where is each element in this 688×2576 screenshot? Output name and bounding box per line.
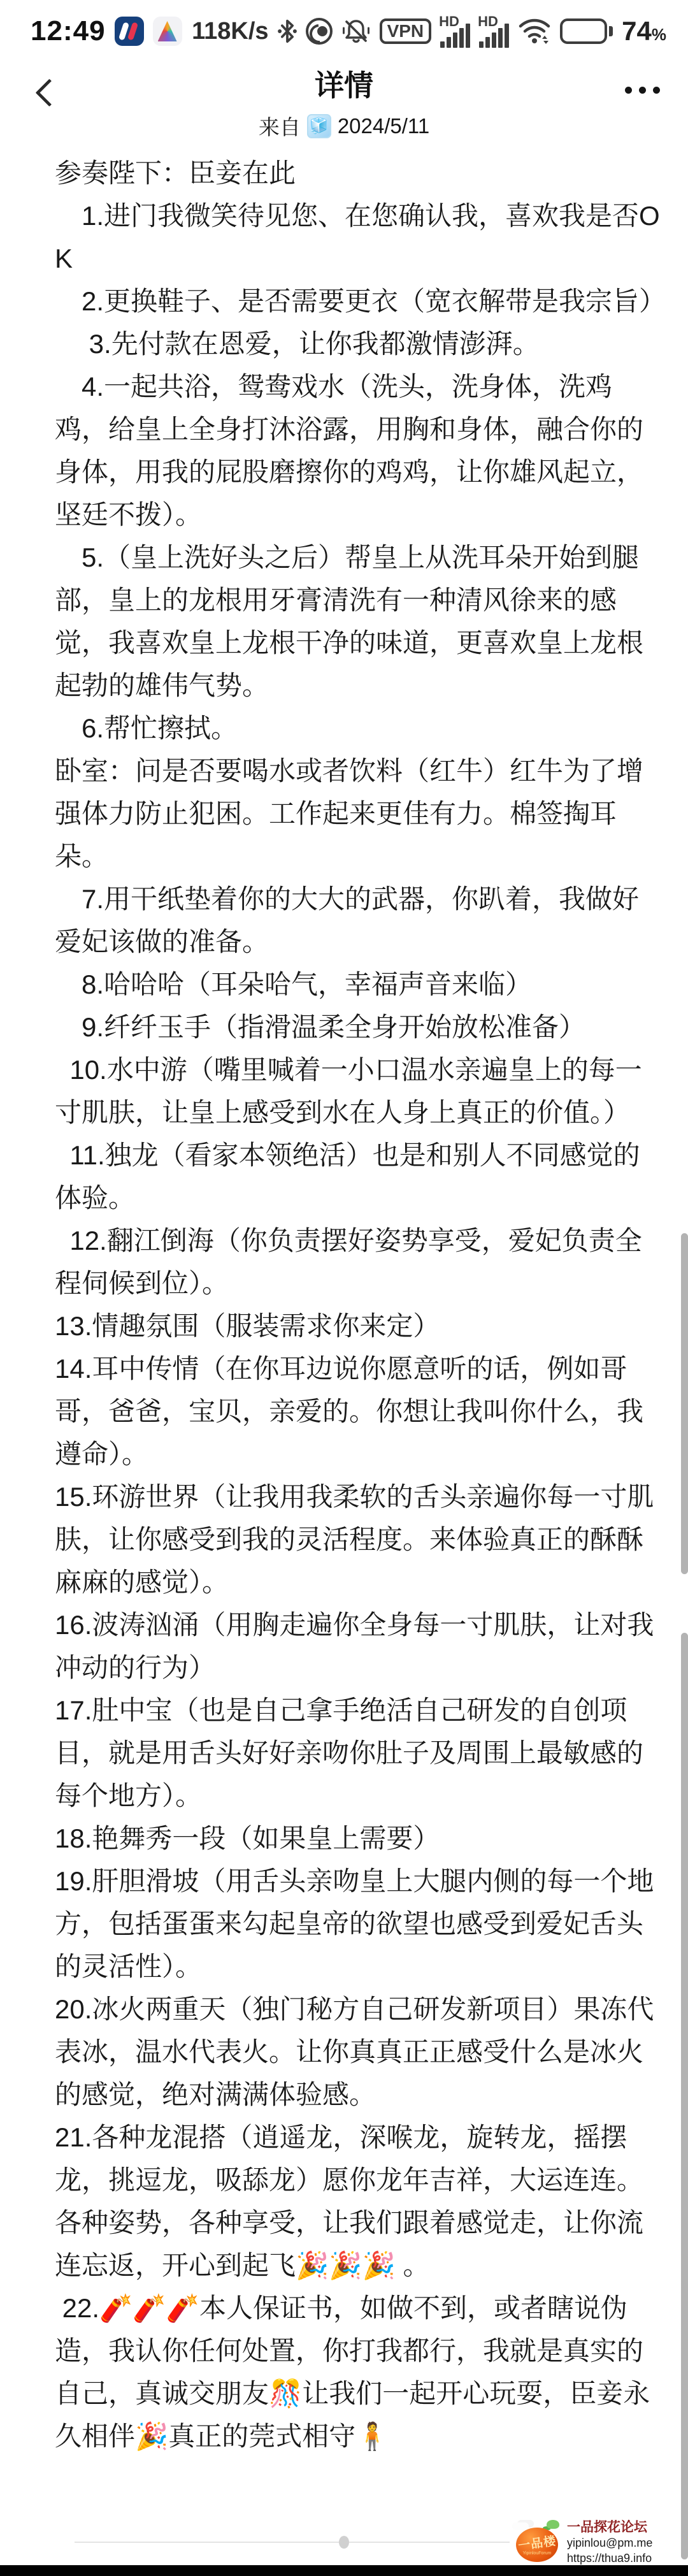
paragraph: 4.一起共浴，鸳鸯戏水（洗头，洗身体，洗鸡鸡，给皇上全身打沐浴露，用胸和身体，融… (55, 365, 663, 536)
paragraph: 8.哈哈哈（耳朵哈气，幸福声音来临） (55, 963, 663, 1006)
data-saver-icon (306, 18, 333, 45)
paragraph: 16.波涛汹涌（用胸走遍你全身每一寸肌肤，让对我冲动的行为） (55, 1603, 663, 1689)
paragraph: 参奏陛下：臣妾在此 (55, 152, 663, 194)
forum-email: yipinlou@pm.me (567, 2535, 652, 2551)
paragraph: 20.冰火两重天（独门秘方自己研发新项目）果冻代表冰，温水代表火。让你真真正正感… (55, 1988, 663, 2116)
more-options-button[interactable] (625, 87, 660, 94)
paragraph: 21.各种龙混搭（逍遥龙，深喉龙，旋转龙，摇摆龙，挑逗龙，吸舔龙）愿你龙年吉祥，… (55, 2116, 663, 2287)
paragraph: 15.环游世界（让我用我柔软的舌头亲遍你每一寸肌肤，让你感受到我的灵活程度。来体… (55, 1475, 663, 1603)
paragraph: 14.耳中传情（在你耳边说你愿意听的话，例如哥哥，爸爸，宝贝，亲爱的。你想让我叫… (55, 1347, 663, 1475)
wifi-icon (518, 17, 551, 45)
bottom-screen-edge (0, 2565, 688, 2576)
ice-cube-emoji: 🧊 (307, 114, 331, 138)
paragraph: 22.🧨🧨🧨本人保证书，如做不到，或者瞎说伪造，我认你任何处置，你打我都行，我就… (55, 2287, 663, 2457)
bluetooth-icon (278, 17, 297, 45)
footer-divider-dot (339, 2536, 349, 2549)
signal-hd-icon-sim1: HD (440, 15, 470, 48)
scrollbar-thumb[interactable] (681, 1233, 688, 1574)
paragraph: 13.情趣氛围（服装需求你来定） (55, 1305, 663, 1347)
paragraph: 12.翻江倒海（你负责摆好姿势享受，爱妃负责全程伺候到位）。 (55, 1219, 663, 1305)
post-date: 2024/5/11 (338, 114, 429, 138)
scrollbar-thumb-lower[interactable] (681, 1633, 688, 2559)
page-subtitle: 来自 🧊 2024/5/11 (0, 111, 688, 141)
paragraph: 19.肝胆滑坡（用舌头亲吻皇上大腿内侧的每一个地方，包括蛋蛋来勾起皇帝的欲望也感… (55, 1860, 663, 1988)
mute-vibrate-icon (341, 17, 371, 46)
paragraph: 17.肚中宝（也是自己拿手绝活自己研发的自创项目，就是用舌头好好亲吻你肚子及周围… (55, 1689, 663, 1817)
paragraph: 1.进门我微笑待见您、在您确认我，喜欢我是否OK (55, 194, 663, 280)
page-title: 详情 (0, 62, 688, 105)
forum-logo: 一品楼 YipinlouForum (515, 2520, 559, 2565)
paragraph: 2.更换鞋子、是否需要更衣（宽衣解带是我宗旨） (55, 280, 663, 322)
nav-header: 详情 来自 🧊 2024/5/11 (0, 59, 688, 135)
paragraph: 6.帮忙擦拭。 (55, 707, 663, 749)
notification-app-icon-colorful-a (153, 17, 182, 46)
notification-app-icon-blue (115, 17, 144, 46)
paragraph: 9.纤纤玉手（指滑温柔全身开始放松准备） (55, 1006, 663, 1048)
paragraph: 7.用干纸垫着你的大大的武器，你趴着，我做好爱妃该做的准备。 (55, 878, 663, 963)
battery-icon (560, 18, 613, 44)
teapot-icon (547, 2520, 559, 2529)
forum-url: https://thua9.info (567, 2551, 652, 2566)
status-bar: 12:49 118K/s VPN (0, 0, 688, 59)
post-body: 参奏陛下：臣妾在此 1.进门我微笑待见您、在您确认我，喜欢我是否OK 2.更换鞋… (0, 135, 688, 2457)
status-indicators: 118K/s VPN HD (192, 15, 666, 48)
paragraph: 18.艳舞秀一段（如果皇上需要） (55, 1817, 663, 1860)
signal-hd-icon-sim2: HD (479, 15, 509, 48)
paragraph: 3.先付款在恩爱，让你我都激情澎湃。 (55, 322, 663, 365)
forum-watermark: 一品楼 YipinlouForum 一品探花论坛 yipinlou@pm.me … (510, 2517, 688, 2567)
paragraph: 卧室：问是否要喝水或者饮料（红牛）红牛为了增强体力防止犯困。工作起来更佳有力。棉… (55, 749, 663, 878)
paragraph: 10.水中游（嘴里喊着一小口温水亲遍皇上的每一寸肌肤，让皇上感受到水在人身上真正… (55, 1048, 663, 1134)
network-speed: 118K/s (192, 18, 268, 45)
cloud-icon (512, 2522, 529, 2530)
forum-name: 一品探花论坛 (567, 2519, 652, 2535)
logo-text: 一品楼 (517, 2531, 557, 2554)
paragraph: 5.（皇上洗好头之后）帮皇上从洗耳朵开始到腿部，皇上的龙根用牙膏清洗有一种清风徐… (55, 536, 663, 707)
vpn-badge: VPN (380, 18, 432, 45)
from-label: 来自 (259, 111, 301, 141)
battery-percent: 74% (622, 16, 666, 47)
phone-screen: 12:49 118K/s VPN (0, 0, 688, 2576)
paragraph: 11.独龙（看家本领绝活）也是和别人不同感觉的体验。 (55, 1134, 663, 1219)
clock: 12:49 (31, 15, 106, 47)
